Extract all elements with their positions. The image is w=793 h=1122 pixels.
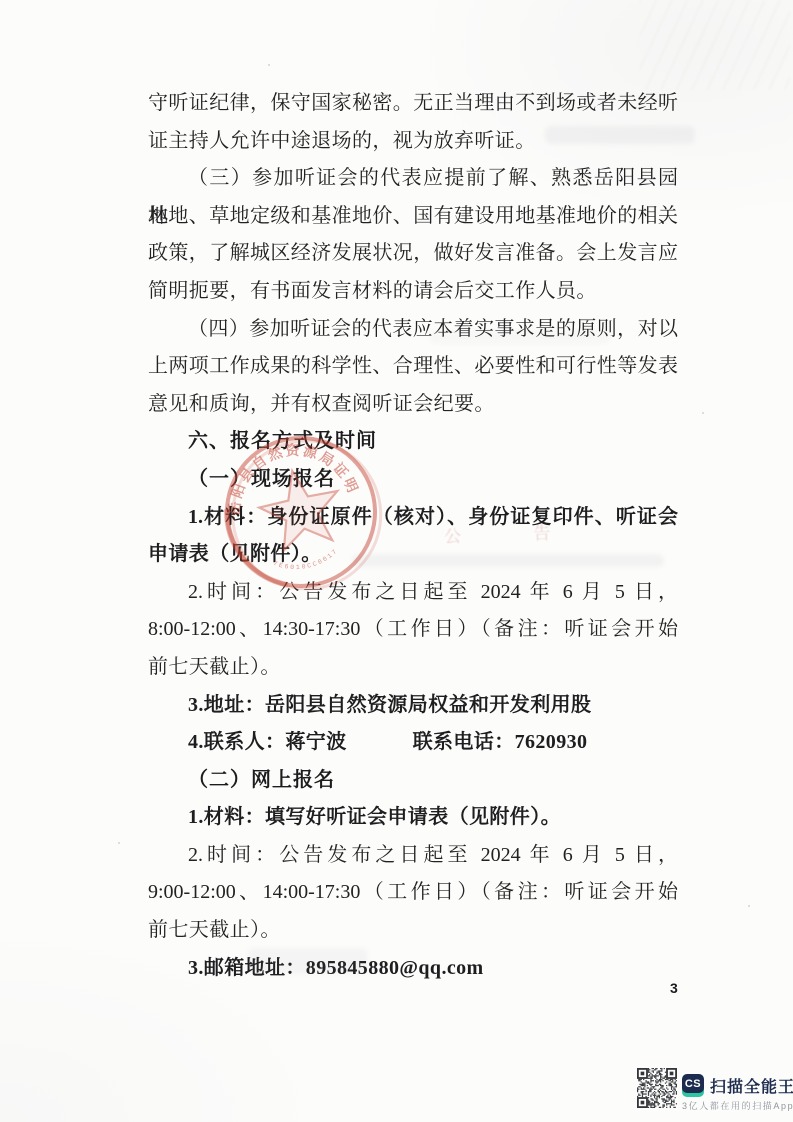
text-line: 申请表（见附件）。 (148, 536, 678, 574)
text-line: （一）现场报名 (148, 461, 678, 499)
text-line: 前七天截止）。 (148, 649, 678, 687)
scanned-document-page: { "document": { "page_number": "3", "lin… (0, 0, 793, 1122)
text-line: 1.材料：身份证原件（核对）、身份证复印件、听证会 (148, 499, 678, 537)
text-line: 林地、草地定级和基准地价、国有建设用地基准地价的相关 (148, 198, 678, 236)
text-line: 1.材料：填写好听证会申请表（见附件）。 (148, 799, 678, 837)
scanner-streak-artifact (640, 0, 790, 90)
scanner-app-watermark: CS 扫描全能王 3亿人都在用的扫描App (637, 1068, 787, 1114)
text-line: 六、报名方式及时间 (148, 423, 678, 461)
text-line: 3.地址：岳阳县自然资源局权益和开发利用股 (148, 687, 678, 725)
scan-speckle (268, 64, 270, 66)
text-line: （二）网上报名 (148, 762, 678, 800)
text-line: 证主持人允许中途退场的，视为放弃听证。 (148, 123, 678, 161)
camscanner-logo-icon: CS (682, 1074, 704, 1096)
text-line: （四）参加听证会的代表应本着实事求是的原则，对以 (148, 311, 678, 349)
text-line: 3.邮箱地址：895845880@qq.com (148, 950, 678, 988)
text-line: 9:00-12:00、14:00-17:30（工作日）（备注：听证会开始 (148, 874, 678, 912)
text-line: 政策，了解城区经济发展状况，做好发言准备。会上发言应 (148, 235, 678, 273)
scan-speckle (118, 842, 120, 844)
text-line: 2.时间：公告发布之日起至 2024 年 6 月 5 日， (148, 837, 678, 875)
scan-speckle (748, 905, 750, 907)
text-line: 简明扼要，有书面发言材料的请会后交工作人员。 (148, 273, 678, 311)
watermark-tagline: 3亿人都在用的扫描App (682, 1099, 793, 1112)
qr-code-icon (637, 1068, 677, 1108)
watermark-app-name: 扫描全能王 (710, 1074, 793, 1097)
scan-speckle (702, 412, 704, 414)
logo-letters: CS (682, 1074, 704, 1093)
text-line: 守听证纪律，保守国家秘密。无正当理由不到场或者未经听 (148, 85, 678, 123)
bleedthrough-ghost-text: 公 告 (444, 518, 585, 548)
text-line: 8:00-12:00、14:30-17:30（工作日）（备注：听证会开始 (148, 611, 678, 649)
text-block: 守听证纪律，保守国家秘密。无正当理由不到场或者未经听证主持人允许中途退场的，视为… (148, 85, 678, 987)
text-line: 上两项工作成果的科学性、合理性、必要性和可行性等发表 (148, 348, 678, 386)
page-number: 3 (670, 980, 678, 996)
text-line: 意见和质询，并有权查阅听证会纪要。 (148, 386, 678, 424)
text-line: 2.时间：公告发布之日起至 2024 年 6 月 5 日， (148, 574, 678, 612)
text-line: 4.联系人：蒋宁波联系电话：7620930 (148, 724, 678, 762)
text-line: （三）参加听证会的代表应提前了解、熟悉岳阳县园地、 (148, 160, 678, 198)
text-line: 前七天截止）。 (148, 912, 678, 950)
